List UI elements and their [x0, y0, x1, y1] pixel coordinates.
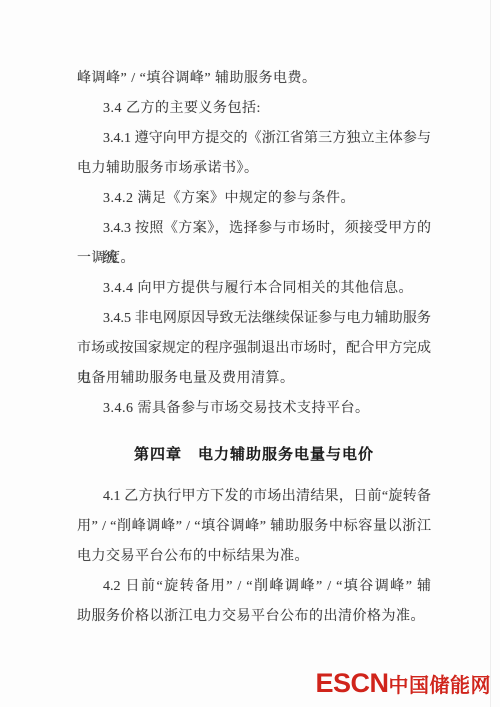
contract-text-block: 峰调峰” / “填谷调峰” 辅助服务电费。 3.4 乙方的主要义务包括: 3.4…	[77, 64, 431, 632]
body-line: 电力辅助服务市场承诺书》。	[77, 154, 431, 184]
body-line: 4.2 日前“旋转备用” / “削峰调峰” / “填谷调峰” 辅	[77, 572, 431, 602]
body-line: 3.4 乙方的主要义务包括:	[77, 94, 431, 124]
body-line: 峰调峰” / “填谷调峰” 辅助服务电费。	[77, 64, 431, 94]
body-line: 3.4.6 需具备参与市场交易技术支持平台。	[77, 394, 431, 424]
body-line: 3.4.4 向甲方提供与履行本合同相关的其他信息。	[77, 274, 431, 304]
body-line: 4.1 乙方执行甲方下发的市场出清结果，日前“旋转备	[77, 482, 431, 512]
body-line: 3.4.5 非电网原因导致无法继续保证参与电力辅助服务	[77, 304, 431, 334]
body-line: 市场或按国家规定的程序强制退出市场时，配合甲方完成电	[77, 334, 431, 364]
body-line: 用” / “削峰调峰” / “填谷调峰” 辅助服务中标容量以浙江	[77, 512, 431, 542]
body-line: 3.4.1 遵守向甲方提交的《浙江省第三方独立主体参与	[77, 124, 431, 154]
escn-logo-cjk: 中国储能网	[389, 675, 492, 697]
body-line: 力备用辅助服务电量及费用清算。	[77, 364, 431, 394]
body-line: 3.4.3 按照《方案》，选择参与市场时，须接受甲方的统	[77, 214, 431, 244]
body-line: 3.4.2 满足《方案》中规定的参与条件。	[77, 184, 431, 214]
document-page: 峰调峰” / “填谷调峰” 辅助服务电费。 3.4 乙方的主要义务包括: 3.4…	[0, 0, 500, 707]
escn-logo-latin: ESCN	[315, 668, 388, 698]
body-line: 助服务价格以浙江电力交易平台公布的出清价格为准。	[77, 602, 431, 632]
body-line: 电力交易平台公布的中标结果为准。	[77, 542, 431, 572]
chapter-heading: 第四章 电力辅助服务电量与电价	[77, 440, 431, 470]
scan-page-edge	[490, 0, 491, 707]
body-line: 一调度。	[77, 244, 431, 274]
escn-watermark: ESCN中国储能网	[315, 668, 491, 699]
